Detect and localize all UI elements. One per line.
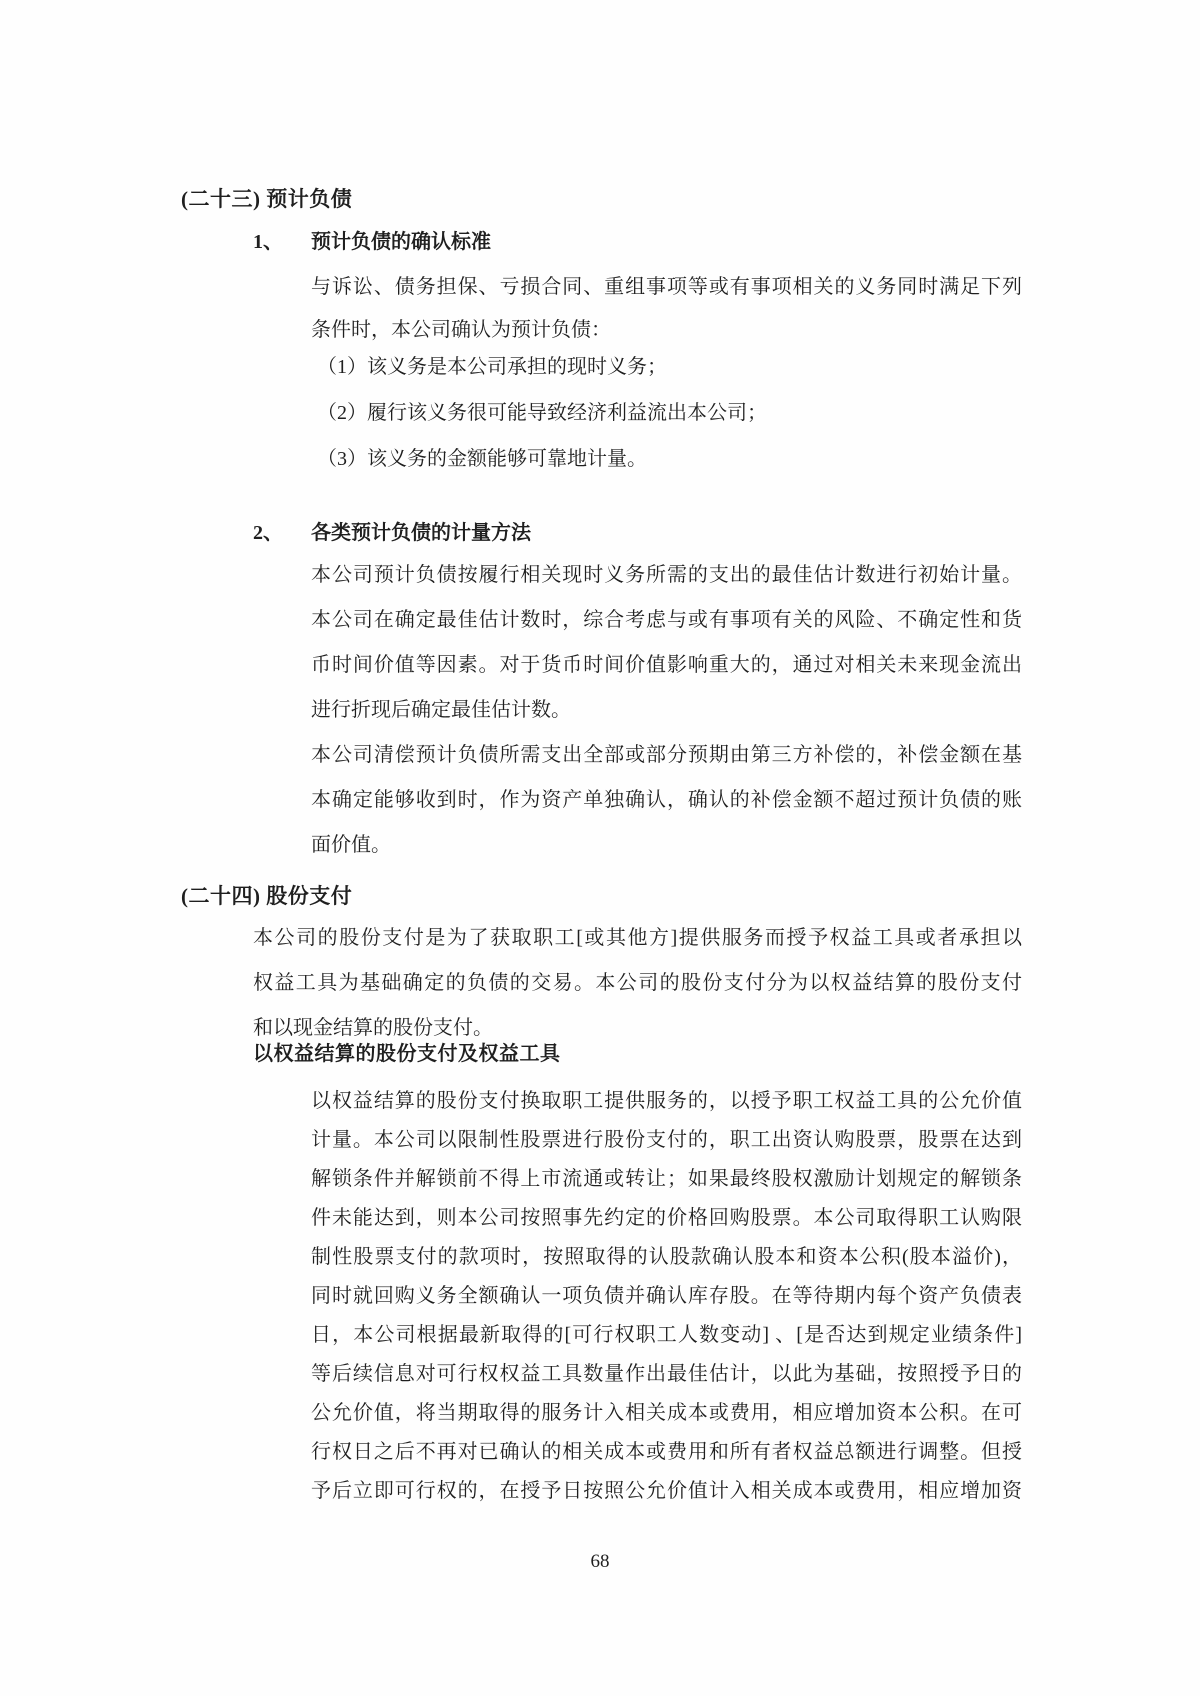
item-number: 2、 <box>253 518 311 548</box>
paragraph: 本公司的股份支付是为了获取职工[或其他方]提供服务而授予权益工具或者承担以 权益… <box>253 916 1022 1051</box>
text-line: 权益工具为基础确定的负债的交易。本公司的股份支付分为以权益结算的股份支付 <box>253 961 1022 1006</box>
document-page: (二十三) 预计负债 1、 预计负债的确认标准 与诉讼、债务担保、亏损合同、重组… <box>0 0 1200 1696</box>
text-line: 以权益结算的股份支付换取职工提供服务的，以授予职工权益工具的公允价值 <box>311 1082 1022 1121</box>
text-line: 日，本公司根据最新取得的[可行权职工人数变动] 、[是否达到规定业绩条件] <box>311 1316 1022 1355</box>
numbered-item-2: 2、 各类预计负债的计量方法 <box>253 518 531 548</box>
item-number: 1、 <box>253 227 311 257</box>
page-number-footer: 68 <box>0 1550 1200 1574</box>
section-heading-23: (二十三) 预计负债 <box>181 184 352 214</box>
paragraph: 与诉讼、债务担保、亏损合同、重组事项等或有事项相关的义务同时满足下列 条件时，本… <box>311 266 1022 352</box>
text-line: 予后立即可行权的，在授予日按照公允价值计入相关成本或费用，相应增加资 <box>311 1472 1022 1511</box>
text-line: 公允价值，将当期取得的服务计入相关成本或费用，相应增加资本公积。在可 <box>311 1394 1022 1433</box>
paragraph: 以权益结算的股份支付换取职工提供服务的，以授予职工权益工具的公允价值 计量。本公… <box>311 1082 1022 1511</box>
text-line: 本公司在确定最佳估计数时，综合考虑与或有事项有关的风险、不确定性和货 <box>311 598 1022 643</box>
sub-heading-equity-settled: 以权益结算的股份支付及权益工具 <box>253 1040 561 1068</box>
page-number: 68 <box>591 1551 610 1572</box>
text-line: 同时就回购义务全额确认一项负债并确认库存股。在等待期内每个资产负债表 <box>311 1277 1022 1316</box>
text-line: 解锁条件并解锁前不得上市流通或转让；如果最终股权激励计划规定的解锁条 <box>311 1160 1022 1199</box>
section-heading-24: (二十四) 股份支付 <box>181 881 352 911</box>
text-line: 本公司预计负债按履行相关现时义务所需的支出的最佳估计数进行初始计量。 <box>311 553 1022 598</box>
text-line: 本公司清偿预计负债所需支出全部或部分预期由第三方补偿的，补偿金额在基 <box>311 733 1022 778</box>
list-item: （1）该义务是本公司承担的现时义务； <box>317 344 1028 390</box>
numbered-item-1: 1、 预计负债的确认标准 <box>253 227 491 257</box>
text-line: 件未能达到，则本公司按照事先约定的价格回购股票。本公司取得职工认购限 <box>311 1199 1022 1238</box>
text-line: 行权日之后不再对已确认的相关成本或费用和所有者权益总额进行调整。但授 <box>311 1433 1022 1472</box>
item-title: 预计负债的确认标准 <box>311 227 491 257</box>
paragraph: 本公司预计负债按履行相关现时义务所需的支出的最佳估计数进行初始计量。 本公司在确… <box>311 553 1022 868</box>
text-line: 面价值。 <box>311 823 1022 868</box>
list-item: （2）履行该义务很可能导致经济利益流出本公司； <box>317 390 1028 436</box>
item-title: 各类预计负债的计量方法 <box>311 518 531 548</box>
text-line: 进行折现后确定最佳估计数。 <box>311 688 1022 733</box>
text-line: 与诉讼、债务担保、亏损合同、重组事项等或有事项相关的义务同时满足下列 <box>311 266 1022 309</box>
text-line: 制性股票支付的款项时，按照取得的认股款确认股本和资本公积(股本溢价)， <box>311 1238 1022 1277</box>
text-line: 币时间价值等因素。对于货币时间价值影响重大的，通过对相关未来现金流出 <box>311 643 1022 688</box>
text-line: 计量。本公司以限制性股票进行股份支付的，职工出资认购股票，股票在达到 <box>311 1121 1022 1160</box>
condition-list: （1）该义务是本公司承担的现时义务； （2）履行该义务很可能导致经济利益流出本公… <box>317 344 1028 482</box>
text-line: 本公司的股份支付是为了获取职工[或其他方]提供服务而授予权益工具或者承担以 <box>253 916 1022 961</box>
text-line: 等后续信息对可行权权益工具数量作出最佳估计，以此为基础，按照授予日的 <box>311 1355 1022 1394</box>
list-item: （3）该义务的金额能够可靠地计量。 <box>317 436 1028 482</box>
text-line: 本确定能够收到时，作为资产单独确认，确认的补偿金额不超过预计负债的账 <box>311 778 1022 823</box>
